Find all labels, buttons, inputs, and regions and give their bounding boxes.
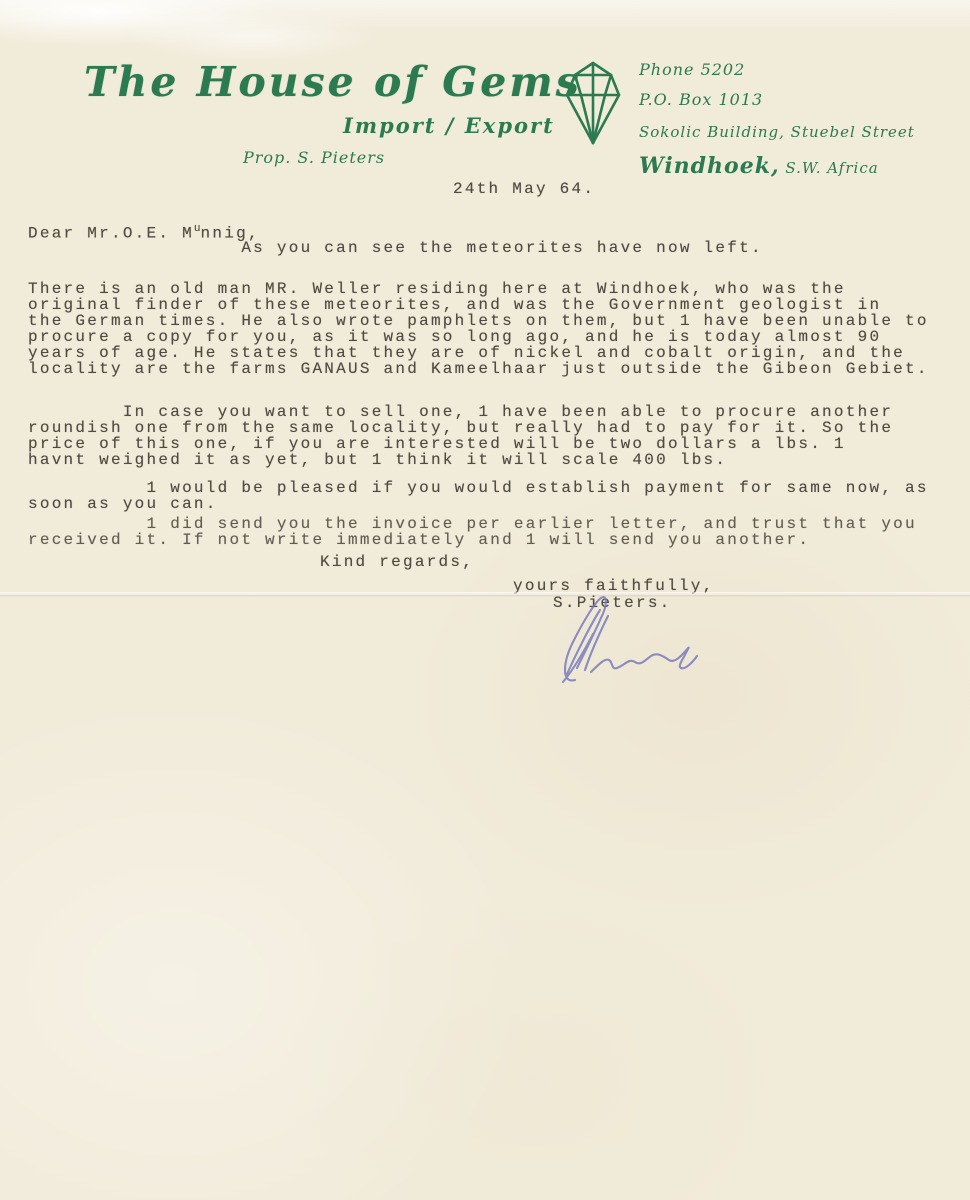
fold-crease xyxy=(0,592,970,597)
body-paragraph-2: In case you want to sell one, 1 have bee… xyxy=(28,404,893,468)
letterhead-subtitle: Import / Export xyxy=(343,113,555,138)
body-paragraph-3: 1 would be pleased if you would establis… xyxy=(28,480,929,512)
kind-regards-line: Kind regards, xyxy=(320,554,474,570)
contact-phone: Phone 5202 xyxy=(639,60,745,79)
salutation-superscript: u xyxy=(194,223,201,235)
signature-ink xyxy=(533,590,718,693)
contact-region: S.W. Africa xyxy=(780,159,879,177)
letterhead-title: The House of Gems xyxy=(84,58,582,106)
opening-line: As you can see the meteorites have now l… xyxy=(28,240,763,256)
contact-city: Windhoek, xyxy=(639,153,780,179)
body-paragraph-1: There is an old man MR. Weller residing … xyxy=(28,281,929,377)
body-paragraph-4: 1 did send you the invoice per earlier l… xyxy=(28,516,917,548)
date-line: 24th May 64. xyxy=(453,181,595,197)
letter-paper: The House of Gems Import / Export Prop. … xyxy=(0,0,970,1200)
gem-icon xyxy=(561,60,625,151)
proprietor-line: Prop. S. Pieters xyxy=(243,148,385,167)
contact-city-region: Windhoek, S.W. Africa xyxy=(639,153,879,179)
contact-po-box: P.O. Box 1013 xyxy=(639,90,763,109)
contact-address: Sokolic Building, Stuebel Street xyxy=(639,123,915,141)
